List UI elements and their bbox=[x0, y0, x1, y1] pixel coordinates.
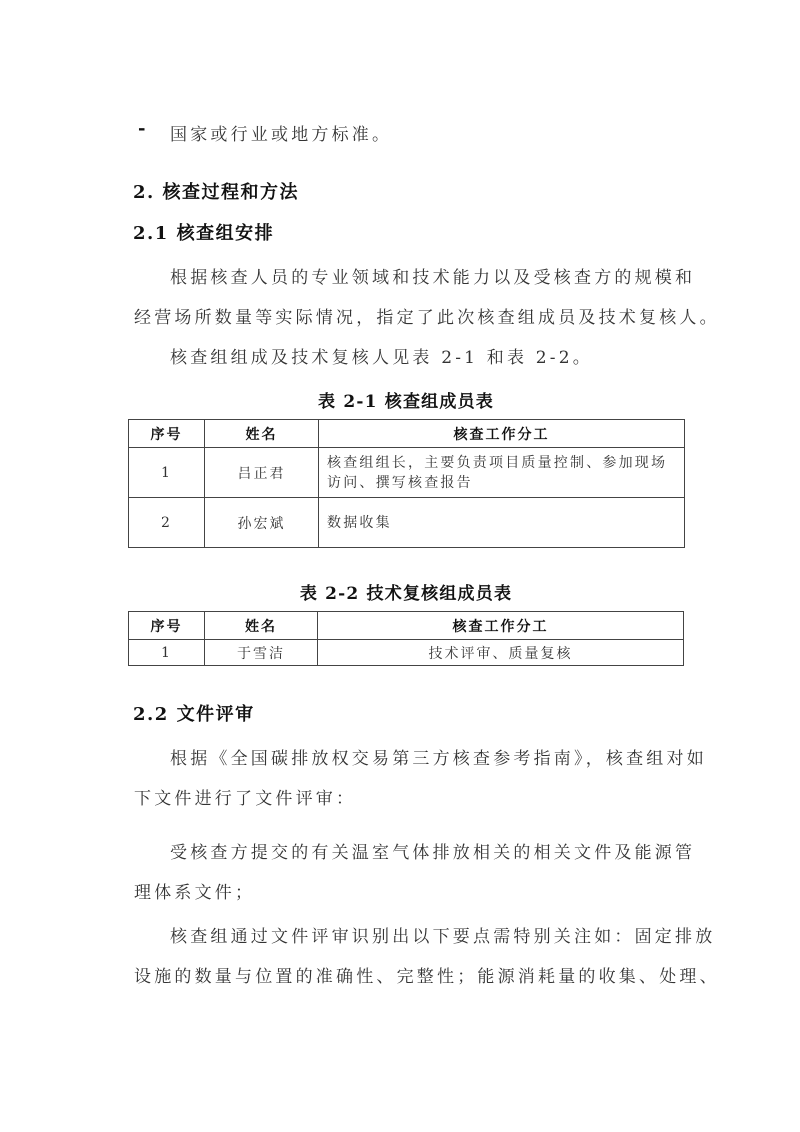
section-2-2-heading: 2.2 文件评审 bbox=[133, 700, 255, 726]
section-2-heading: 2. 核查过程和方法 bbox=[133, 178, 299, 204]
cell-name: 孙宏斌 bbox=[205, 498, 319, 548]
header-duty: 核查工作分工 bbox=[318, 612, 684, 640]
header-name: 姓名 bbox=[205, 420, 319, 448]
cell-index: 1 bbox=[129, 640, 205, 666]
header-name: 姓名 bbox=[205, 612, 318, 640]
cell-name: 吕正君 bbox=[205, 448, 319, 498]
paragraph-2-2b-line-2: 理体系文件； bbox=[134, 878, 255, 903]
table-header-row: 序号 姓名 核查工作分工 bbox=[129, 420, 685, 448]
header-index: 序号 bbox=[129, 420, 205, 448]
paragraph-2-2-line-1: 根据《全国碳排放权交易第三方核查参考指南》，核查组对如 bbox=[170, 744, 707, 769]
paragraph-2-2-line-2: 下文件进行了文件评审： bbox=[134, 784, 356, 809]
table-2-2: 序号 姓名 核查工作分工 1 于雪洁 技术评审、质量复核 bbox=[128, 611, 684, 666]
paragraph-2-1-tables-reference: 核查组组成及技术复核人见表 2-1 和表 2-2。 bbox=[170, 343, 593, 368]
cell-name: 于雪洁 bbox=[205, 640, 318, 666]
bullet-text: 国家或行业或地方标准。 bbox=[170, 120, 392, 145]
cell-index: 2 bbox=[129, 498, 205, 548]
cell-duty: 技术评审、质量复核 bbox=[318, 640, 684, 666]
paragraph-2-1-line-1: 根据核查人员的专业领域和技术能力以及受核查方的规模和 bbox=[170, 263, 695, 288]
header-duty: 核查工作分工 bbox=[319, 420, 685, 448]
paragraph-2-2c-line-2: 设施的数量与位置的准确性、完整性；能源消耗量的收集、处理、 bbox=[134, 962, 720, 987]
table-header-row: 序号 姓名 核查工作分工 bbox=[129, 612, 684, 640]
table-2-1-caption: 表 2-1 核查组成员表 bbox=[0, 387, 800, 412]
cell-duty: 核查组组长，主要负责项目质量控制、参加现场访问、撰写核查报告 bbox=[319, 448, 685, 498]
paragraph-2-1-line-2: 经营场所数量等实际情况，指定了此次核查组成员及技术复核人。 bbox=[134, 303, 720, 328]
header-index: 序号 bbox=[129, 612, 205, 640]
table-2-2-caption: 表 2-2 技术复核组成员表 bbox=[0, 579, 800, 604]
paragraph-2-2b-line-1: 受核查方提交的有关温室气体排放相关的相关文件及能源管 bbox=[170, 838, 695, 863]
section-2-1-heading: 2.1 核查组安排 bbox=[133, 219, 274, 245]
table-row: 1 于雪洁 技术评审、质量复核 bbox=[129, 640, 684, 666]
cell-duty: 数据收集 bbox=[319, 498, 685, 548]
cell-index: 1 bbox=[129, 448, 205, 498]
paragraph-2-2c-line-1: 核查组通过文件评审识别出以下要点需特别关注如：固定排放 bbox=[170, 922, 715, 947]
table-row: 2 孙宏斌 数据收集 bbox=[129, 498, 685, 548]
table-row: 1 吕正君 核查组组长，主要负责项目质量控制、参加现场访问、撰写核查报告 bbox=[129, 448, 685, 498]
table-2-1: 序号 姓名 核查工作分工 1 吕正君 核查组组长，主要负责项目质量控制、参加现场… bbox=[128, 419, 685, 548]
bullet-marker: - bbox=[138, 118, 145, 139]
